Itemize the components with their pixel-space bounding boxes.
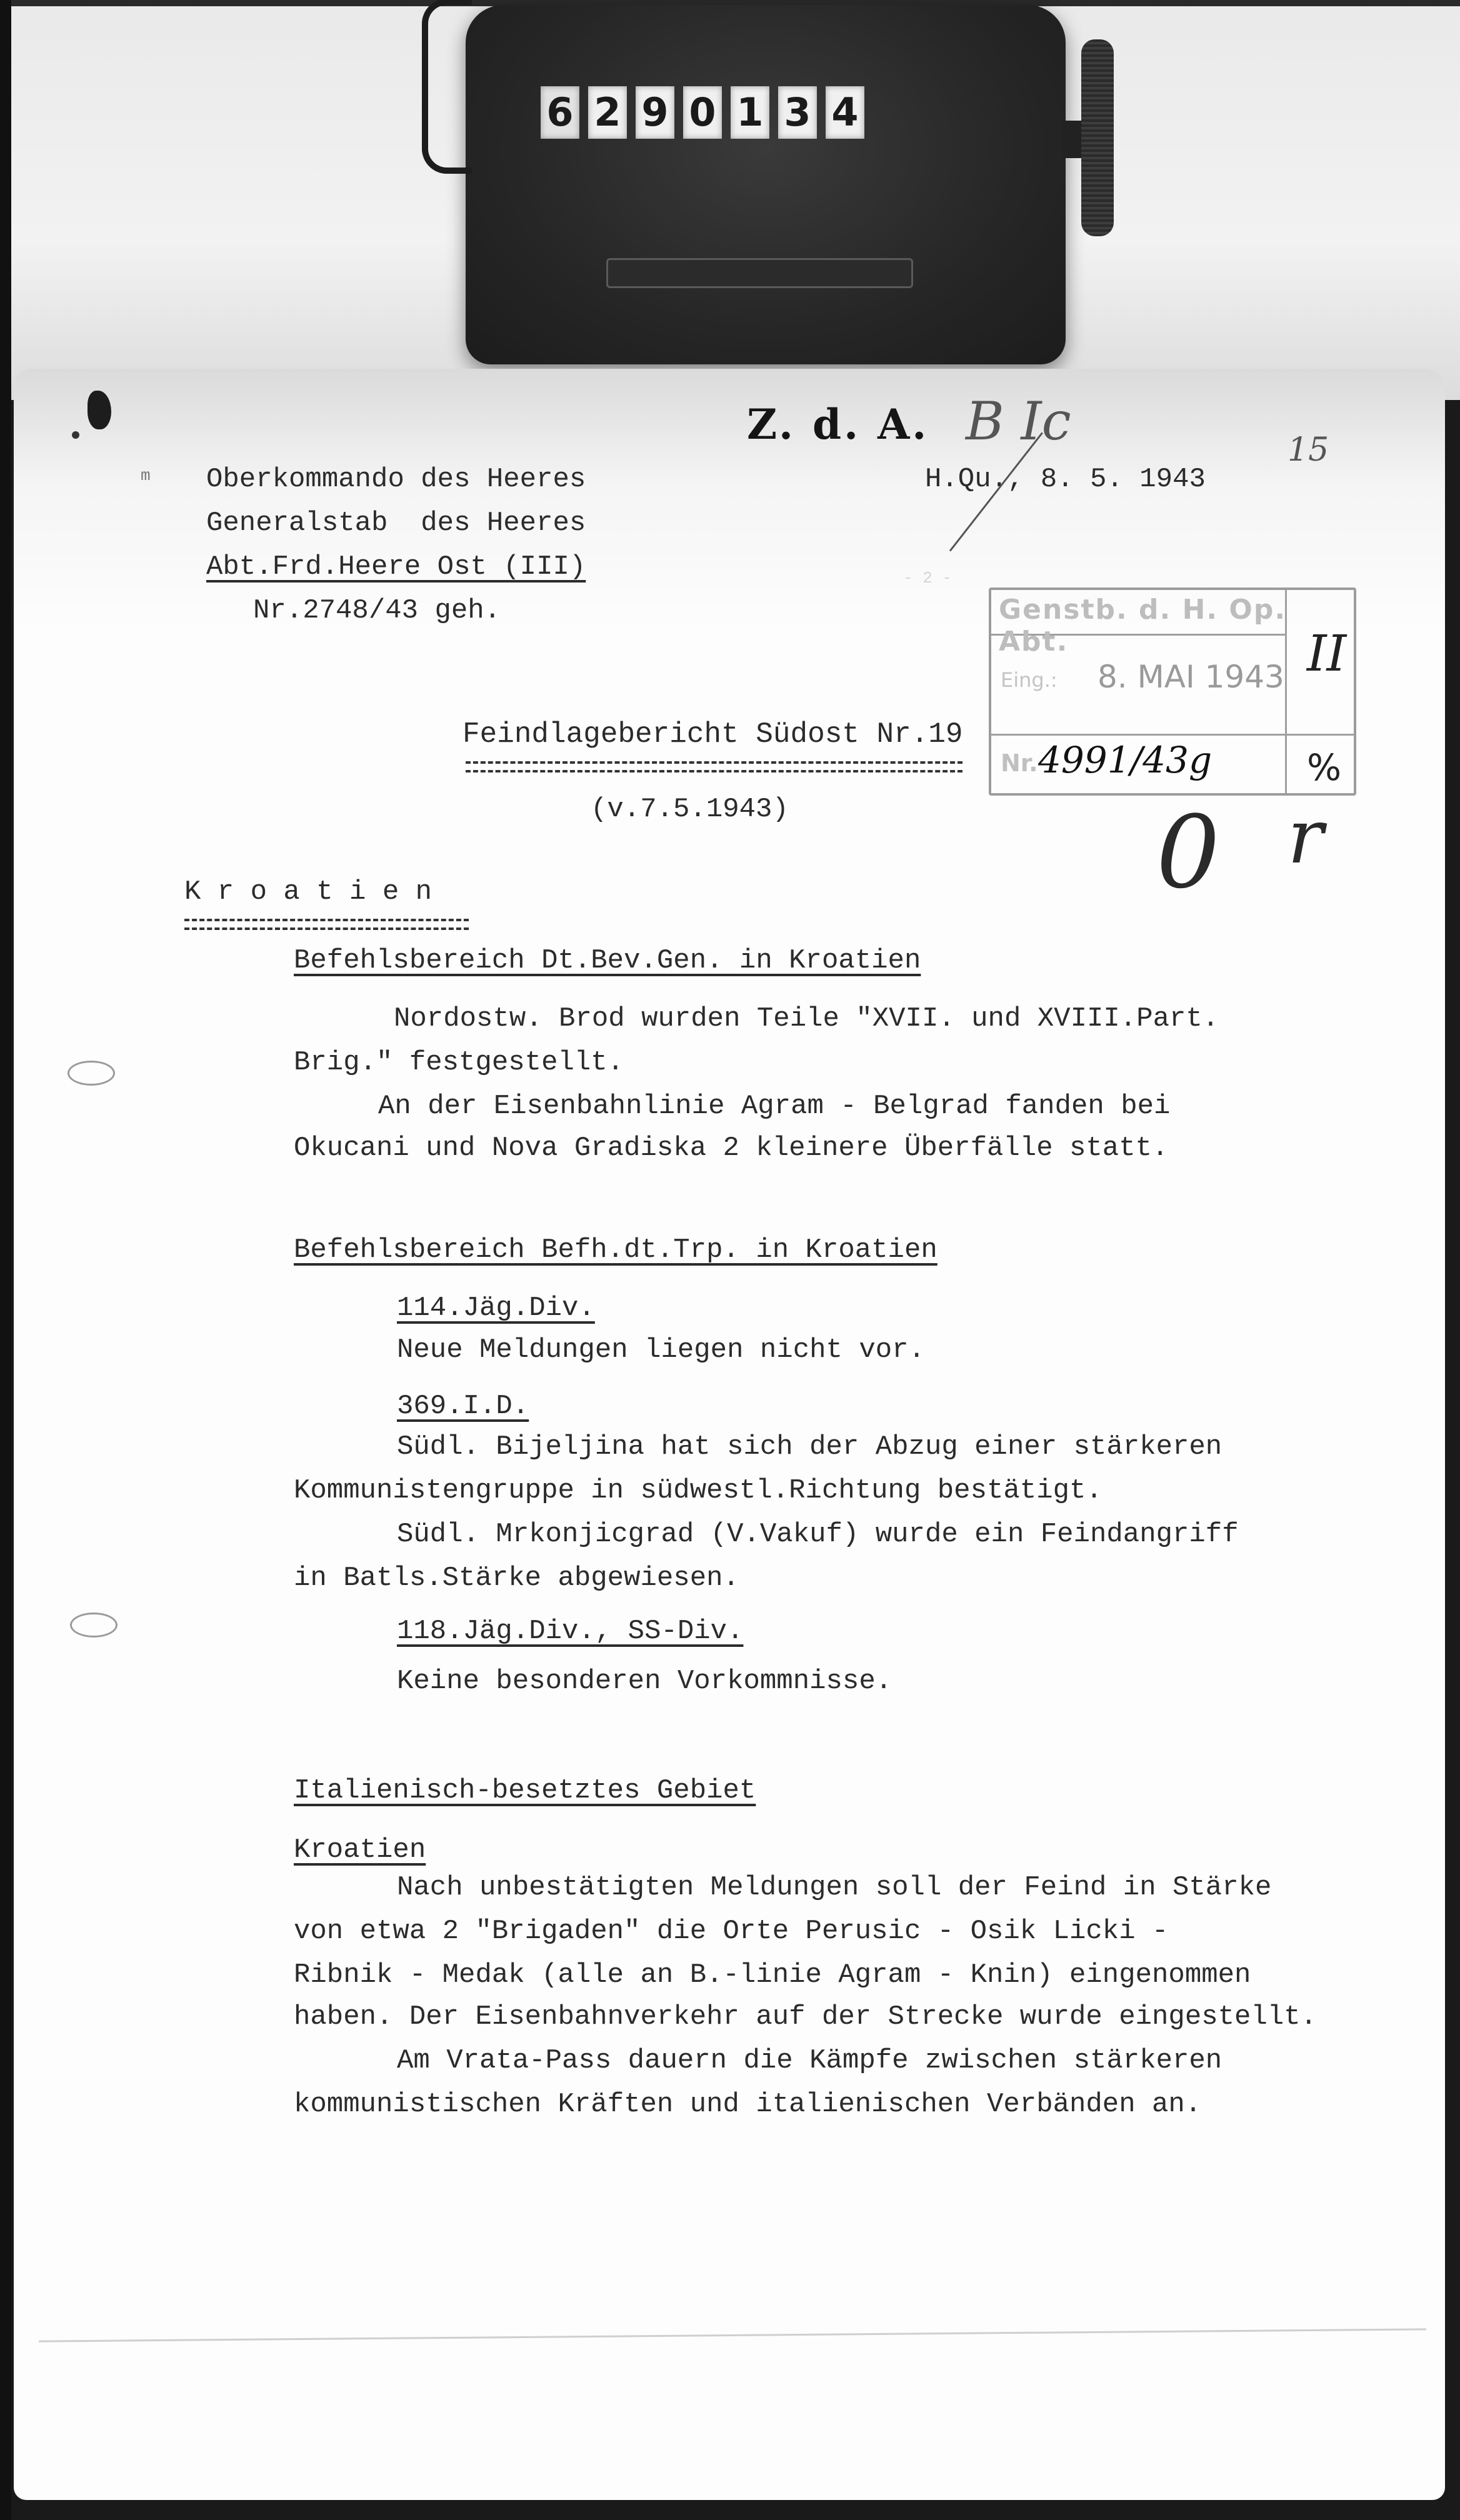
report-line: Ribnik - Medak (alle an B.-linie Agram -… <box>294 1959 1251 1991</box>
report-line: in Batls.Stärke abgewiesen. <box>294 1562 739 1594</box>
place-date: H.Qu., 8. 5. 1943 <box>925 464 1206 495</box>
title-double-underline <box>466 761 962 772</box>
region-heading: K r o a t i e n <box>184 876 432 907</box>
punch-hole-icon <box>70 1612 117 1637</box>
handwritten-reference: B Ic <box>966 391 1071 452</box>
stamp-office: Genstb. d. H. Op. Abt. <box>999 594 1354 657</box>
sub-heading: Kroatien <box>294 1834 426 1866</box>
counter-digits: 6 2 9 0 1 3 4 <box>541 86 864 139</box>
margin-mark: m <box>141 466 151 485</box>
section-heading: Befehlsbereich Dt.Bev.Gen. in Kroatien <box>294 945 921 976</box>
counter-reset-knob <box>1081 39 1114 236</box>
report-line: Neue Meldungen liegen nicht vor. <box>397 1334 925 1366</box>
region-double-underline <box>184 919 469 930</box>
stamp-roman-numeral: II <box>1307 624 1346 682</box>
receipt-stamp: Genstb. d. H. Op. Abt. Eing.: 8. MAI 194… <box>989 587 1356 796</box>
report-line: Keine besonderen Vorkommnisse. <box>397 1666 892 1697</box>
stamp-nr-label: Nr. <box>1001 749 1038 777</box>
report-line: Kommunistengruppe in südwestl.Richtung b… <box>294 1475 1102 1506</box>
fraktur-file-stamp: Z. d. A. <box>747 400 929 449</box>
section-heading: Italienisch-besetztes Gebiet <box>294 1775 756 1806</box>
report-line: Nach unbestätigten Meldungen soll der Fe… <box>397 1872 1271 1903</box>
counter-plate <box>606 258 913 288</box>
counter-digit: 0 <box>683 86 722 139</box>
unit-heading: 369.I.D. <box>397 1391 529 1422</box>
stamp-fraction-mark: % <box>1307 746 1341 789</box>
paper-tear-speck <box>72 431 79 439</box>
reference-number: Nr.2748/43 geh. <box>253 595 501 626</box>
section-heading: Befehlsbereich Befh.dt.Trp. in Kroatien <box>294 1234 937 1266</box>
unit-heading: 118.Jäg.Div., SS-Div. <box>397 1616 744 1647</box>
org-line-2: Generalstab des Heeres <box>206 507 586 539</box>
counter-digit: 4 <box>826 86 864 139</box>
counter-cable <box>422 0 472 174</box>
org-line-3: Abt.Frd.Heere Ost (III) <box>206 551 586 582</box>
stamp-date: 8. MAI 1943 <box>1097 659 1284 695</box>
page-marker: - 2 - <box>903 562 952 594</box>
folio-number: 15 <box>1287 431 1329 469</box>
report-line: Okucani und Nova Gradiska 2 kleinere Übe… <box>294 1132 1168 1164</box>
stamp-nr-value: 4991/43g <box>1038 739 1212 781</box>
film-edge-left <box>0 0 11 2520</box>
report-line: Brig." festgestellt. <box>294 1047 624 1078</box>
report-line: Südl. Bijeljina hat sich der Abzug einer… <box>397 1431 1222 1462</box>
report-line: An der Eisenbahnlinie Agram - Belgrad fa… <box>378 1091 1170 1122</box>
signature-mark: r <box>1287 794 1323 881</box>
report-line: Südl. Mrkonjicgrad (V.Vakuf) wurde ein F… <box>397 1519 1239 1550</box>
report-line: von etwa 2 "Brigaden" die Orte Perusic -… <box>294 1916 1168 1947</box>
signature-mark: 0 <box>1156 794 1220 911</box>
report-line: Nordostw. Brod wurden Teile "XVII. und X… <box>394 1003 1219 1034</box>
org-line-1: Oberkommando des Heeres <box>206 464 586 495</box>
counter-digit: 1 <box>731 86 769 139</box>
unit-heading: 114.Jäg.Div. <box>397 1292 595 1324</box>
counter-digit: 2 <box>588 86 627 139</box>
counter-digit: 3 <box>778 86 817 139</box>
report-line: Am Vrata-Pass dauern die Kämpfe zwischen… <box>397 2045 1222 2076</box>
report-line: haben. Der Eisenbahnverkehr auf der Stre… <box>294 2001 1317 2032</box>
stamp-date-label: Eing.: <box>1001 668 1057 692</box>
counter-digit: 6 <box>541 86 579 139</box>
frame-counter-device: 6 2 9 0 1 3 4 <box>466 5 1066 364</box>
stamp-divider <box>1285 734 1354 736</box>
report-date: (v.7.5.1943) <box>591 794 789 825</box>
paper-fold-line <box>39 2328 1426 2342</box>
counter-digit: 9 <box>636 86 674 139</box>
report-line: kommunistischen Kräften und italienische… <box>294 2089 1201 2120</box>
document-title: Feindlagebericht Südost Nr.19 <box>462 719 963 750</box>
punch-hole-icon <box>67 1061 115 1086</box>
